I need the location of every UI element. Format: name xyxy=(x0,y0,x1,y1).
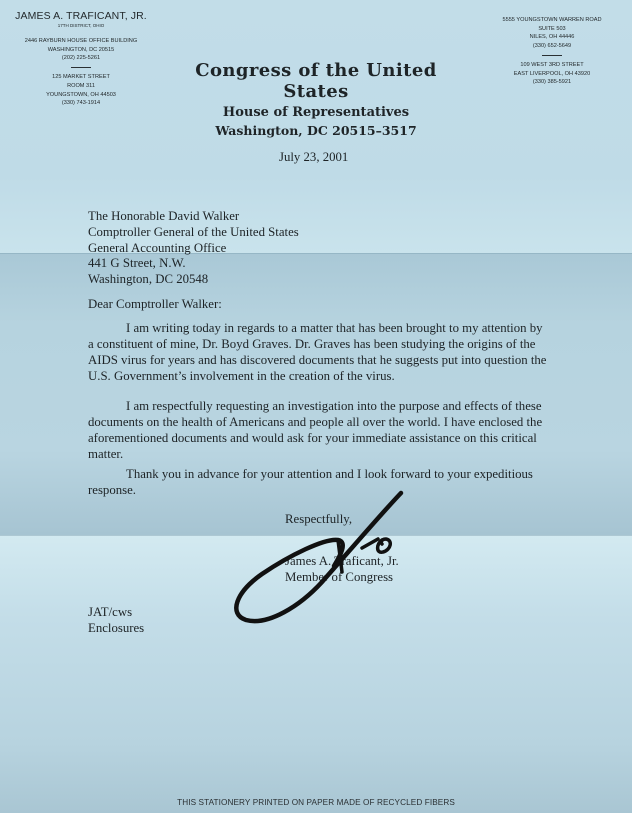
recycled-paper-notice: THIS STATIONERY PRINTED ON PAPER MADE OF… xyxy=(0,798,632,807)
letterhead-left: JAMES A. TRAFICANT, JR. 17TH DISTRICT, O… xyxy=(6,10,156,108)
letterhead-title: Congress of the United States xyxy=(160,60,472,102)
reference-initials-block: JAT/cws Enclosures xyxy=(88,605,144,637)
fold-line-lower xyxy=(0,535,632,536)
signer-name: James A. Traficant, Jr. xyxy=(285,554,399,570)
salutation: Dear Comptroller Walker: xyxy=(88,297,222,312)
body-paragraph: Thank you in advance for your attention … xyxy=(88,467,558,499)
letter-date: July 23, 2001 xyxy=(279,150,348,165)
east-liverpool-office-address: 109 WEST 3RD STREET EAST LIVERPOOL, OH 4… xyxy=(482,61,622,87)
reference-initials: JAT/cws xyxy=(88,605,144,621)
closing: Respectfully, xyxy=(285,512,352,527)
signer-title: Member of Congress xyxy=(285,570,399,586)
youngstown-office-address: 125 MARKET STREET ROOM 311 YOUNGSTOWN, O… xyxy=(6,73,156,108)
niles-office-address: 5555 YOUNGSTOWN WARREN ROAD SUITE 503 NI… xyxy=(482,16,622,51)
enclosures-note: Enclosures xyxy=(88,621,144,637)
body-paragraph: I am writing today in regards to a matte… xyxy=(88,321,558,385)
body-paragraph: I am respectfully requesting an investig… xyxy=(88,399,558,463)
letterhead-subtitle: House of Representatives xyxy=(160,105,472,120)
divider xyxy=(542,55,562,56)
letterhead-center: Congress of the United States House of R… xyxy=(160,60,472,138)
signature-block: James A. Traficant, Jr. Member of Congre… xyxy=(285,554,399,586)
letterhead-right: 5555 YOUNGSTOWN WARREN ROAD SUITE 503 NI… xyxy=(482,16,622,87)
representative-name: JAMES A. TRAFICANT, JR. xyxy=(6,10,156,22)
recipient-address: The Honorable David Walker Comptroller G… xyxy=(88,209,299,288)
letterhead-city: Washington, DC 20515–3517 xyxy=(160,123,472,138)
dc-office-address: 2446 RAYBURN HOUSE OFFICE BUILDING WASHI… xyxy=(6,37,156,63)
divider xyxy=(71,67,91,68)
